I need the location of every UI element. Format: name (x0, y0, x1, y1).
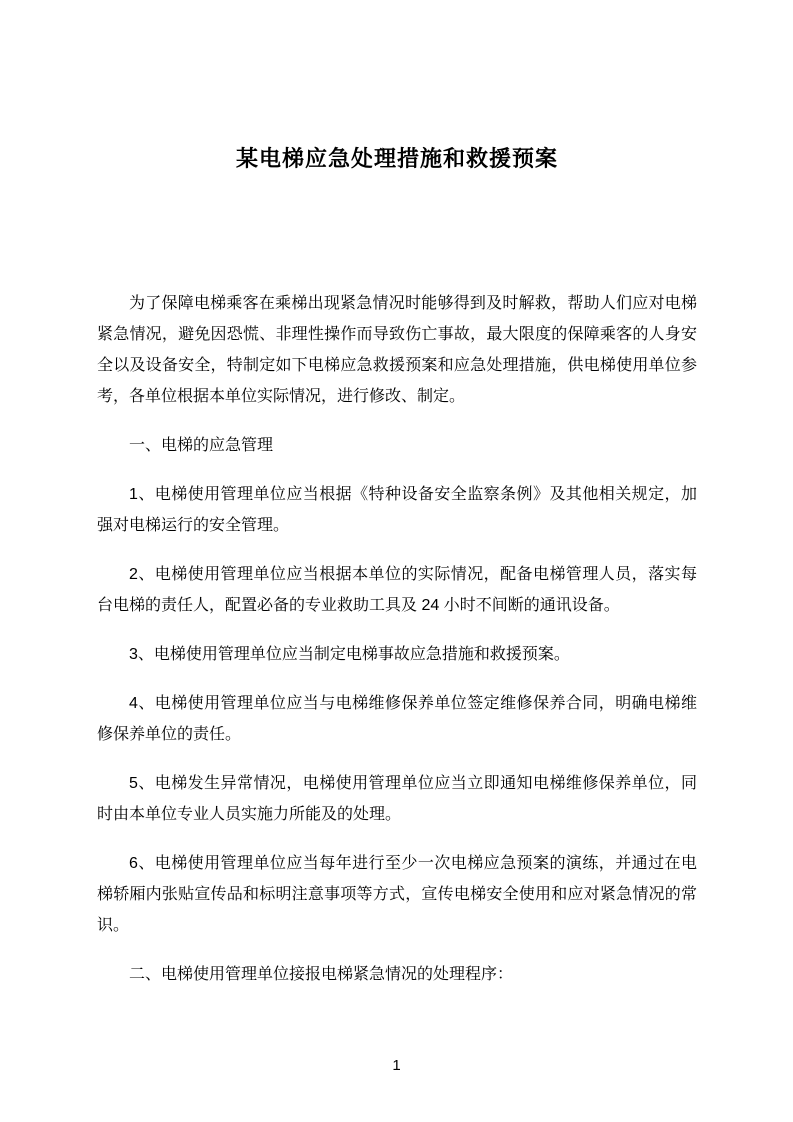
list-item-4: 4、电梯使用管理单位应当与电梯维修保养单位签定维修保养合同，明确电梯维修保养单位… (97, 688, 697, 750)
list-item-6: 6、电梯使用管理单位应当每年进行至少一次电梯应急预案的演练，并通过在电梯轿厢内张… (97, 848, 697, 941)
section-2-heading: 二、电梯使用管理单位接报电梯紧急情况的处理程序： (97, 959, 697, 990)
list-item-3: 3、电梯使用管理单位应当制定电梯事故应急措施和救援预案。 (97, 639, 697, 670)
document-page: 某电梯应急处理措施和救援预案 为了保障电梯乘客在乘梯出现紧急情况时能够得到及时解… (0, 0, 793, 1122)
section-1-heading: 一、电梯的应急管理 (97, 430, 697, 461)
list-item-1: 1、电梯使用管理单位应当根据《特种设备安全监察条例》及其他相关规定，加强对电梯运… (97, 479, 697, 541)
page-number: 1 (0, 1056, 793, 1076)
intro-paragraph: 为了保障电梯乘客在乘梯出现紧急情况时能够得到及时解救，帮助人们应对电梯紧急情况，… (97, 288, 697, 412)
list-item-2: 2、电梯使用管理单位应当根据本单位的实际情况，配备电梯管理人员，落实每台电梯的责… (97, 559, 697, 621)
document-title: 某电梯应急处理措施和救援预案 (97, 143, 697, 175)
list-item-5: 5、电梯发生异常情况，电梯使用管理单位应当立即通知电梯维修保养单位，同时由本单位… (97, 768, 697, 830)
